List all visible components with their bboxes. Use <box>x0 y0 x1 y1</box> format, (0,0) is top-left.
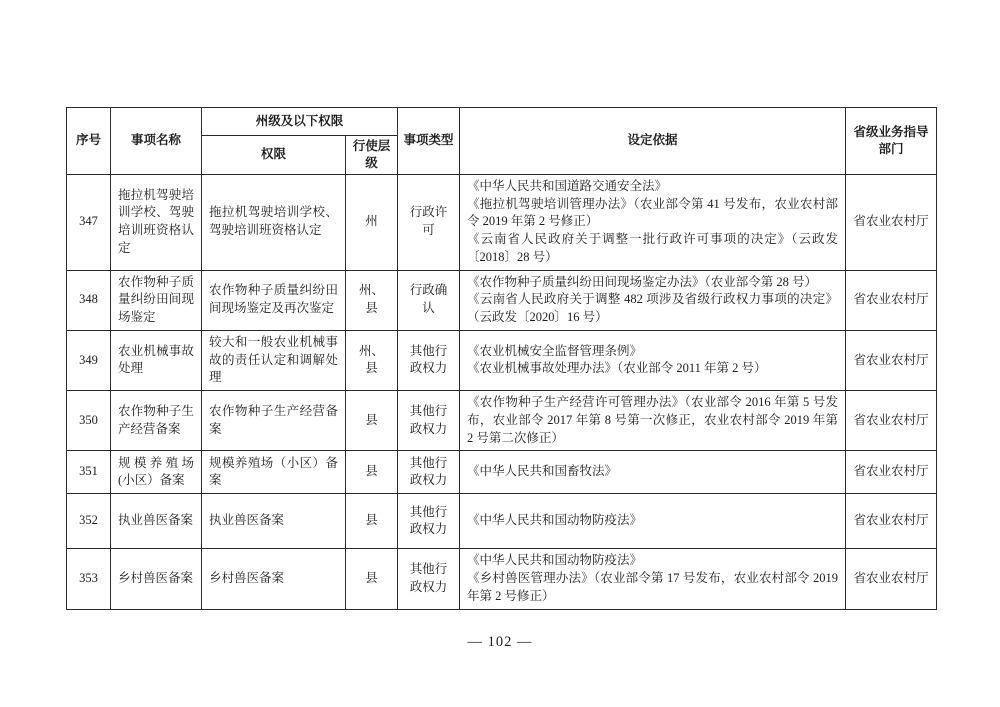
basis-line: 《中华人民共和国动物防疫法》 <box>467 512 838 530</box>
table-row: 352 执业兽医备案 执业兽医备案 县 其他行政权力 《中华人民共和国动物防疫法… <box>67 494 937 549</box>
cell-item-name: 农作物种子生产经营备案 <box>111 391 202 451</box>
basis-line: 《中华人民共和国动物防疫法》 <box>467 552 838 570</box>
table-row: 348 农作物种子质量纠纷田间现场鉴定 农作物种子质量纠纷田间现场鉴定及再次鉴定… <box>67 270 937 330</box>
basis-line: 《中华人民共和国道路交通安全法》 <box>467 178 838 196</box>
cell-authority: 农作物种子质量纠纷田间现场鉴定及再次鉴定 <box>202 270 346 330</box>
cell-dept: 省农业农村厅 <box>846 174 937 270</box>
header-authority: 权限 <box>202 136 346 175</box>
cell-type: 其他行政权力 <box>398 451 460 494</box>
cell-basis: 《中华人民共和国畜牧法》 <box>460 451 846 494</box>
table-row: 349 农业机械事故处理 较大和一般农业机械事故的责任认定和调解处理 州、县 其… <box>67 330 937 390</box>
basis-line: 《乡村兽医管理办法》（农业部令第 17 号发布，农业农村部令 2019 年第 2… <box>467 570 838 606</box>
cell-index: 350 <box>67 391 111 451</box>
cell-level: 州、县 <box>346 330 398 390</box>
basis-line: 《农作物种子生产经营许可管理办法》（农业部令 2016 年第 5 号发布，农业部… <box>467 394 838 447</box>
cell-authority: 拖拉机驾驶培训学校、驾驶培训班资格认定 <box>202 174 346 270</box>
header-level: 行使层级 <box>346 136 398 175</box>
cell-item-name: 执业兽医备案 <box>111 494 202 549</box>
basis-line: 《云南省人民政府关于调整一批行政许可事项的决定》（云政发〔2018〕28 号） <box>467 231 838 267</box>
page-number: — 102 — <box>0 634 1000 651</box>
cell-basis: 《中华人民共和国道路交通安全法》 《拖拉机驾驶培训管理办法》（农业部令第 41 … <box>460 174 846 270</box>
cell-item-name: 农作物种子质量纠纷田间现场鉴定 <box>111 270 202 330</box>
cell-authority: 较大和一般农业机械事故的责任认定和调解处理 <box>202 330 346 390</box>
cell-dept: 省农业农村厅 <box>846 270 937 330</box>
header-index: 序号 <box>67 108 111 175</box>
document-page: 序号 事项名称 州级及以下权限 事项类型 设定依据 省级业务指导部门 权限 行使… <box>0 0 1000 707</box>
administrative-items-table: 序号 事项名称 州级及以下权限 事项类型 设定依据 省级业务指导部门 权限 行使… <box>66 107 937 610</box>
cell-index: 353 <box>67 549 111 609</box>
cell-index: 349 <box>67 330 111 390</box>
cell-type: 其他行政权力 <box>398 494 460 549</box>
cell-type: 其他行政权力 <box>398 391 460 451</box>
cell-type: 行政许可 <box>398 174 460 270</box>
header-item-type: 事项类型 <box>398 108 460 175</box>
cell-dept: 省农业农村厅 <box>846 391 937 451</box>
basis-line: 《云南省人民政府关于调整 482 项涉及省级行政权力事项的决定》（云政发〔202… <box>467 291 838 327</box>
cell-index: 352 <box>67 494 111 549</box>
cell-basis: 《农作物种子质量纠纷田间现场鉴定办法》（农业部令第 28 号） 《云南省人民政府… <box>460 270 846 330</box>
cell-item-name: 乡村兽医备案 <box>111 549 202 609</box>
cell-level: 县 <box>346 494 398 549</box>
header-dept: 省级业务指导部门 <box>846 108 937 175</box>
cell-type: 其他行政权力 <box>398 549 460 609</box>
basis-line: 《中华人民共和国畜牧法》 <box>467 463 838 481</box>
header-prefecture-group: 州级及以下权限 <box>202 108 398 136</box>
cell-item-name: 规模养殖场(小区）备案 <box>111 451 202 494</box>
cell-type: 行政确认 <box>398 270 460 330</box>
cell-item-name: 拖拉机驾驶培训学校、驾驶培训班资格认定 <box>111 174 202 270</box>
table-row: 353 乡村兽医备案 乡村兽医备案 县 其他行政权力 《中华人民共和国动物防疫法… <box>67 549 937 609</box>
table-row: 347 拖拉机驾驶培训学校、驾驶培训班资格认定 拖拉机驾驶培训学校、驾驶培训班资… <box>67 174 937 270</box>
cell-level: 县 <box>346 451 398 494</box>
cell-basis: 《中华人民共和国动物防疫法》 《乡村兽医管理办法》（农业部令第 17 号发布，农… <box>460 549 846 609</box>
basis-line: 《农业机械安全监督管理条例》 <box>467 343 838 361</box>
cell-index: 348 <box>67 270 111 330</box>
basis-line: 《农作物种子质量纠纷田间现场鉴定办法》（农业部令第 28 号） <box>467 274 838 292</box>
cell-index: 347 <box>67 174 111 270</box>
cell-basis: 《农业机械安全监督管理条例》 《农业机械事故处理办法》（农业部令 2011 年第… <box>460 330 846 390</box>
cell-dept: 省农业农村厅 <box>846 330 937 390</box>
cell-level: 县 <box>346 549 398 609</box>
basis-line: 《拖拉机驾驶培训管理办法》（农业部令第 41 号发布，农业农村部令 2019 年… <box>467 196 838 232</box>
cell-authority: 农作物种子生产经营备案 <box>202 391 346 451</box>
cell-basis: 《中华人民共和国动物防疫法》 <box>460 494 846 549</box>
cell-authority: 执业兽医备案 <box>202 494 346 549</box>
header-basis: 设定依据 <box>460 108 846 175</box>
cell-basis: 《农作物种子生产经营许可管理办法》（农业部令 2016 年第 5 号发布，农业部… <box>460 391 846 451</box>
cell-dept: 省农业农村厅 <box>846 451 937 494</box>
cell-authority: 乡村兽医备案 <box>202 549 346 609</box>
cell-level: 县 <box>346 391 398 451</box>
cell-level: 州、县 <box>346 270 398 330</box>
table-header: 序号 事项名称 州级及以下权限 事项类型 设定依据 省级业务指导部门 权限 行使… <box>67 108 937 175</box>
table-row: 351 规模养殖场(小区）备案 规模养殖场（小区）备案 县 其他行政权力 《中华… <box>67 451 937 494</box>
basis-line: 《农业机械事故处理办法》（农业部令 2011 年第 2 号） <box>467 360 838 378</box>
cell-level: 州 <box>346 174 398 270</box>
cell-type: 其他行政权力 <box>398 330 460 390</box>
table-row: 350 农作物种子生产经营备案 农作物种子生产经营备案 县 其他行政权力 《农作… <box>67 391 937 451</box>
cell-item-name: 农业机械事故处理 <box>111 330 202 390</box>
cell-index: 351 <box>67 451 111 494</box>
header-item-name: 事项名称 <box>111 108 202 175</box>
cell-dept: 省农业农村厅 <box>846 494 937 549</box>
cell-dept: 省农业农村厅 <box>846 549 937 609</box>
cell-authority: 规模养殖场（小区）备案 <box>202 451 346 494</box>
